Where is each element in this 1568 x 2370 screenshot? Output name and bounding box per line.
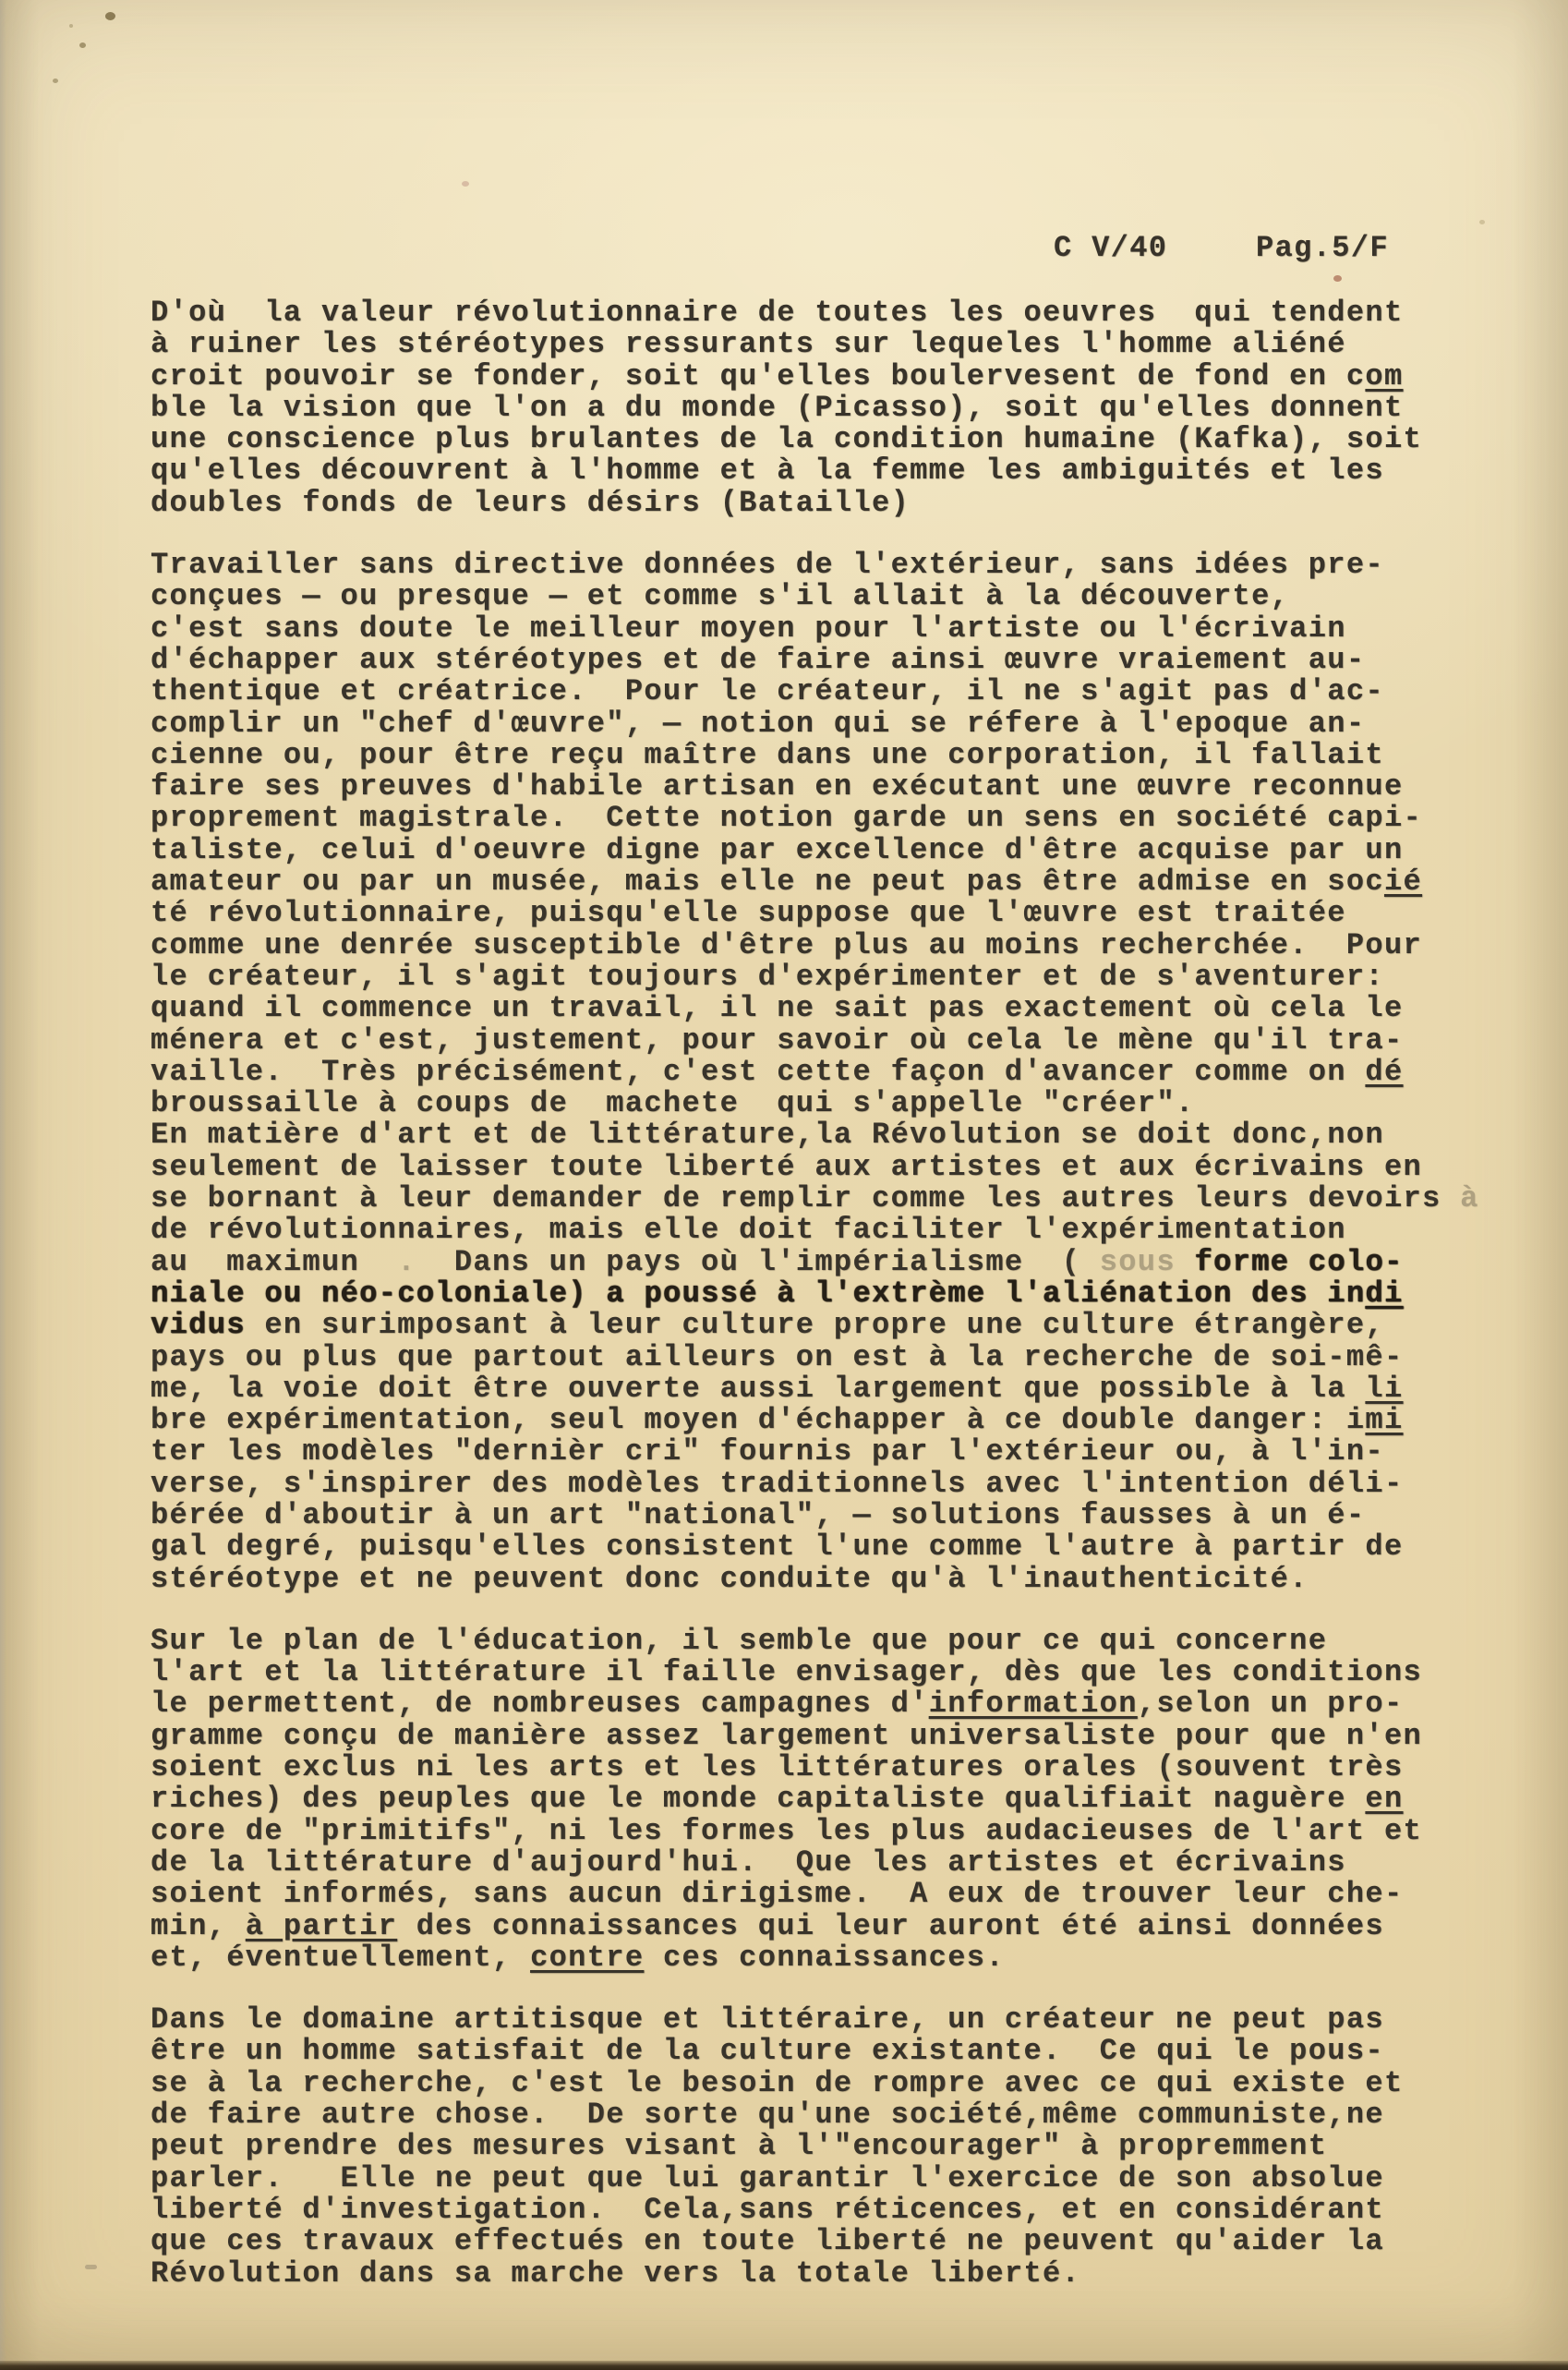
text-line: riches) des peuples que le monde capital… xyxy=(151,1784,1471,1815)
text-line: peut prendre des mesures visant à l'"enc… xyxy=(151,2131,1471,2162)
text-line: En matière d'art et de littérature,la Ré… xyxy=(151,1119,1471,1151)
text-line: broussaille à coups de machete qui s'app… xyxy=(151,1088,1471,1119)
text-line: se à la recherche, c'est le besoin de ro… xyxy=(151,2068,1471,2099)
text-line: thentique et créatrice. Pour le créateur… xyxy=(151,676,1471,707)
text-line: à ruiner les stéréotypes ressurants sur … xyxy=(151,329,1471,360)
text-line: complir un "chef d'œuvre", — notion qui … xyxy=(151,708,1471,740)
typewritten-text-block: D'où la valeur révolutionnaire de toutes… xyxy=(151,297,1471,2290)
paragraph: Travailler sans directive données de l'e… xyxy=(151,550,1471,1595)
text-line: de la littérature d'aujourd'hui. Que les… xyxy=(151,1847,1471,1879)
text-line: être un homme satisfait de la culture ex… xyxy=(151,2036,1471,2067)
scan-bottom-edge xyxy=(0,2361,1568,2370)
text-line: seulement de laisser toute liberté aux a… xyxy=(151,1152,1471,1183)
text-line: faire ses preuves d'habile artisan en ex… xyxy=(151,771,1471,803)
text-line: D'où la valeur révolutionnaire de toutes… xyxy=(151,297,1471,329)
text-line: croit pouvoir se fonder, soit qu'elles b… xyxy=(151,361,1471,393)
paper-speck xyxy=(53,79,58,83)
paper-speck xyxy=(85,2265,97,2269)
text-line: bre expérimentation, seul moyen d'échapp… xyxy=(151,1405,1471,1436)
paper-speck xyxy=(79,42,86,48)
text-line: gramme conçu de manière assez largement … xyxy=(151,1721,1471,1752)
text-line: pays ou plus que partout ailleurs on est… xyxy=(151,1342,1471,1373)
text-line: proprement magistrale. Cette notion gard… xyxy=(151,803,1471,834)
text-line: ter les modèles "dernièr cri" fournis pa… xyxy=(151,1436,1471,1468)
paper-speck xyxy=(1479,220,1485,224)
text-line: quand il commence un travail, il ne sait… xyxy=(151,993,1471,1024)
text-line: vaille. Très précisément, c'est cette fa… xyxy=(151,1057,1471,1088)
text-line: de révolutionnaires, mais elle doit faci… xyxy=(151,1215,1471,1246)
text-line: le permettent, de nombreuses campagnes d… xyxy=(151,1688,1471,1720)
text-line: niale ou néo-coloniale) a poussé à l'ext… xyxy=(151,1278,1471,1310)
text-line: doubles fonds de leurs désirs (Bataille) xyxy=(151,488,1471,519)
text-line: de faire autre chose. De sorte qu'une so… xyxy=(151,2099,1471,2131)
paper-speck xyxy=(1333,275,1342,282)
text-line: cienne ou, pour être reçu maître dans un… xyxy=(151,740,1471,771)
text-line: Révolution dans sa marche vers la totale… xyxy=(151,2258,1471,2290)
text-line: min, à partir des connaissances qui leur… xyxy=(151,1911,1471,1942)
text-line: ble la vision que l'on a du monde (Picas… xyxy=(151,393,1471,424)
text-line: bérée d'aboutir à un art "national", — s… xyxy=(151,1500,1471,1531)
scanned-document-page: C V/40 Pag.5/F D'où la valeur révolution… xyxy=(0,0,1568,2370)
text-line: que ces travaux effectués en toute liber… xyxy=(151,2226,1471,2257)
paragraph: D'où la valeur révolutionnaire de toutes… xyxy=(151,297,1471,519)
text-line: Sur le plan de l'éducation, il semble qu… xyxy=(151,1626,1471,1657)
text-line: verse, s'inspirer des modèles traditionn… xyxy=(151,1469,1471,1500)
text-line: une conscience plus brulantes de la cond… xyxy=(151,424,1471,455)
text-line: soient informés, sans aucun dirigisme. A… xyxy=(151,1879,1471,1910)
text-line: l'art et la littérature il faille envisa… xyxy=(151,1657,1471,1688)
text-line: conçues — ou presque — et comme s'il all… xyxy=(151,581,1471,612)
text-line: gal degré, puisqu'elles consistent l'une… xyxy=(151,1531,1471,1563)
text-line: qu'elles découvrent à l'homme et à la fe… xyxy=(151,455,1471,487)
page-reference: Pag.5/F xyxy=(1256,231,1389,265)
text-line: me, la voie doit être ouverte aussi larg… xyxy=(151,1373,1471,1405)
text-line: stéréotype et ne peuvent donc conduite q… xyxy=(151,1564,1471,1595)
text-line: Travailler sans directive données de l'e… xyxy=(151,550,1471,581)
paragraph: Sur le plan de l'éducation, il semble qu… xyxy=(151,1626,1471,1974)
text-line: au maximun . Dans un pays où l'impériali… xyxy=(151,1247,1471,1278)
text-line: liberté d'investigation. Cela,sans rétic… xyxy=(151,2195,1471,2226)
document-reference: C V/40 xyxy=(1054,231,1167,265)
text-line: le créateur, il s'agit toujours d'expéri… xyxy=(151,961,1471,993)
text-line: soient exclus ni les arts et les littéra… xyxy=(151,1752,1471,1784)
paper-speck xyxy=(462,181,469,187)
text-line: amateur ou par un musée, mais elle ne pe… xyxy=(151,866,1471,898)
text-line: parler. Elle ne peut que lui garantir l'… xyxy=(151,2163,1471,2195)
text-line: comme une denrée susceptible d'être plus… xyxy=(151,930,1471,961)
paragraph: Dans le domaine artitisque et littéraire… xyxy=(151,2004,1471,2290)
text-line: taliste, celui d'oeuvre digne par excell… xyxy=(151,835,1471,866)
text-line: ménera et c'est, justement, pour savoir … xyxy=(151,1025,1471,1057)
paper-speck xyxy=(69,24,73,28)
text-line: d'échapper aux stéréotypes et de faire a… xyxy=(151,645,1471,676)
text-line: c'est sans doute le meilleur moyen pour … xyxy=(151,613,1471,645)
text-line: et, éventuellement, contre ces connaissa… xyxy=(151,1942,1471,1974)
scan-left-edge xyxy=(0,0,6,2370)
text-line: se bornant à leur demander de remplir co… xyxy=(151,1183,1471,1215)
paper-speck xyxy=(105,12,115,20)
text-line: Dans le domaine artitisque et littéraire… xyxy=(151,2004,1471,2036)
text-line: vidus en surimposant à leur culture prop… xyxy=(151,1310,1471,1341)
text-line: té révolutionnaire, puisqu'elle suppose … xyxy=(151,898,1471,929)
text-line: core de "primitifs", ni les formes les p… xyxy=(151,1816,1471,1847)
